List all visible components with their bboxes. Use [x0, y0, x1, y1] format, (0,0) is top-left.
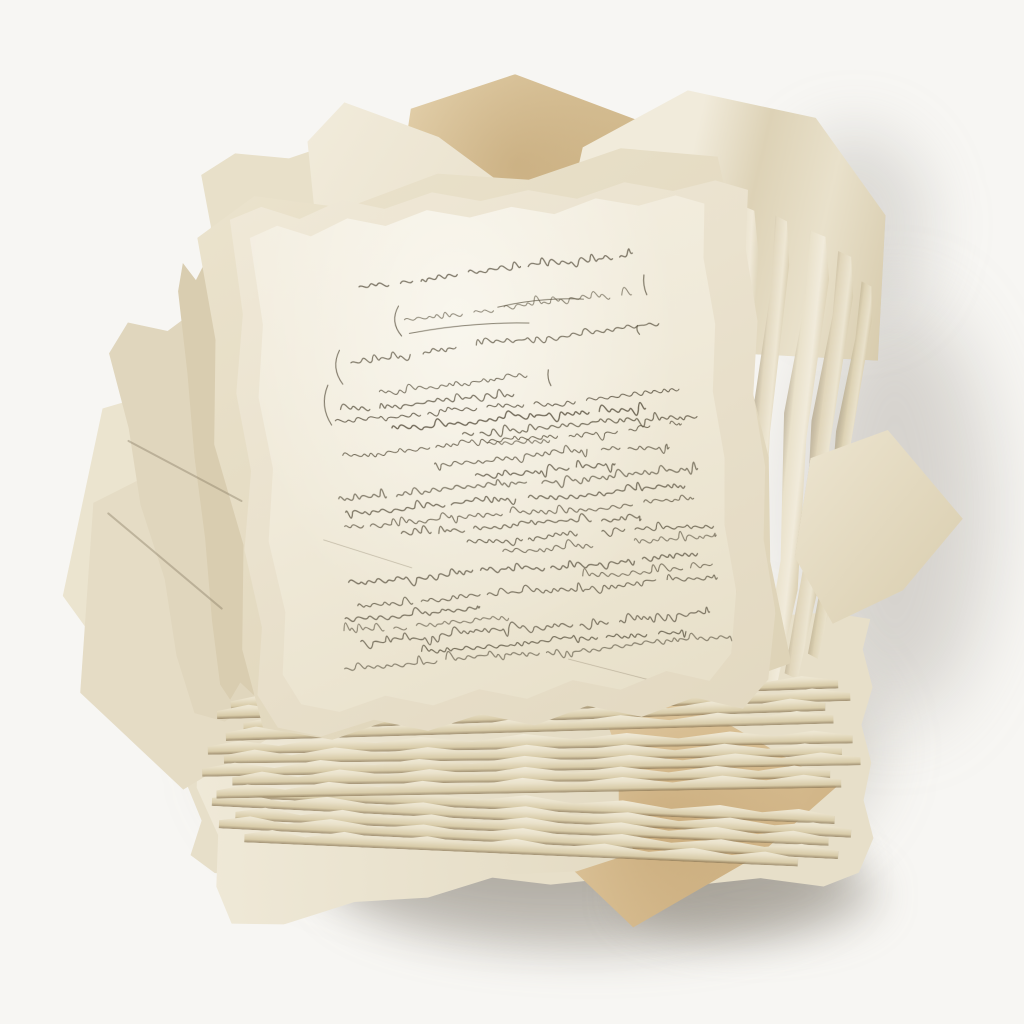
handwritten-page — [239, 180, 744, 727]
edge-stripe-band-mid — [198, 732, 871, 799]
photo-canvas — [0, 0, 1024, 1024]
handwriting-svg — [239, 180, 744, 727]
